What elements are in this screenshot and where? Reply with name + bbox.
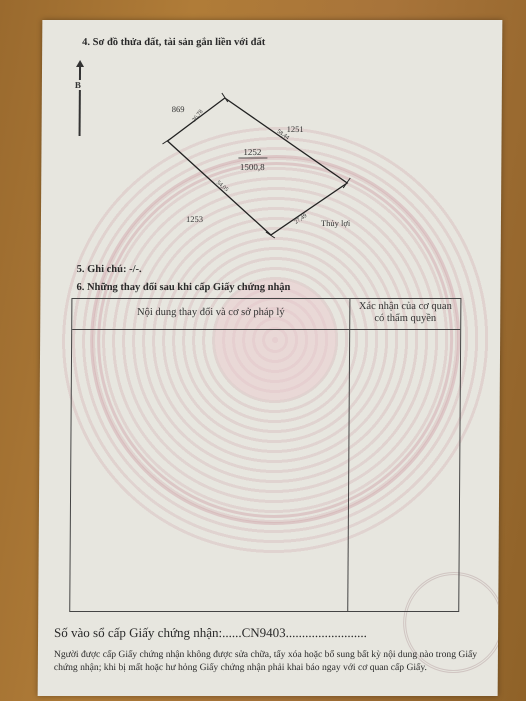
column-header-changes: Nội dung thay đổi và cơ sở pháp lý	[72, 307, 349, 318]
neighbor-1251: 1251	[287, 124, 304, 134]
neighbor-1253: 1253	[186, 214, 203, 224]
section-6-title: 6. Những thay đổi sau khi cấp Giấy chứng…	[76, 282, 290, 293]
section-5-note: 5. Ghi chú: -/-.	[77, 264, 142, 275]
parcel-area: 1500,8	[240, 162, 265, 172]
neighbor-thuy-loi: Thủy lợi	[321, 218, 351, 228]
parcel-diagram: 1252 1500,8 26,78 58,44 54,05 27,49 869 …	[41, 20, 503, 270]
neighbor-869: 869	[172, 104, 185, 114]
land-certificate-page: 4. Sơ đồ thửa đất, tài sản gắn liền với …	[38, 20, 503, 696]
column-header-authority: Xác nhận của cơ quan có thẩm quyền	[350, 301, 460, 325]
side-length-bottom-right: 27,49	[294, 213, 309, 226]
parcel-number: 1252	[243, 147, 261, 157]
changes-table: Nội dung thay đổi và cơ sở pháp lý Xác n…	[69, 298, 461, 612]
side-length-top-left: 26,78	[192, 109, 205, 123]
footer-warning-note: Người được cấp Giấy chứng nhận không đượ…	[54, 648, 494, 674]
registry-number: Số vào sổ cấp Giấy chứng nhận:......CN94…	[54, 625, 367, 641]
